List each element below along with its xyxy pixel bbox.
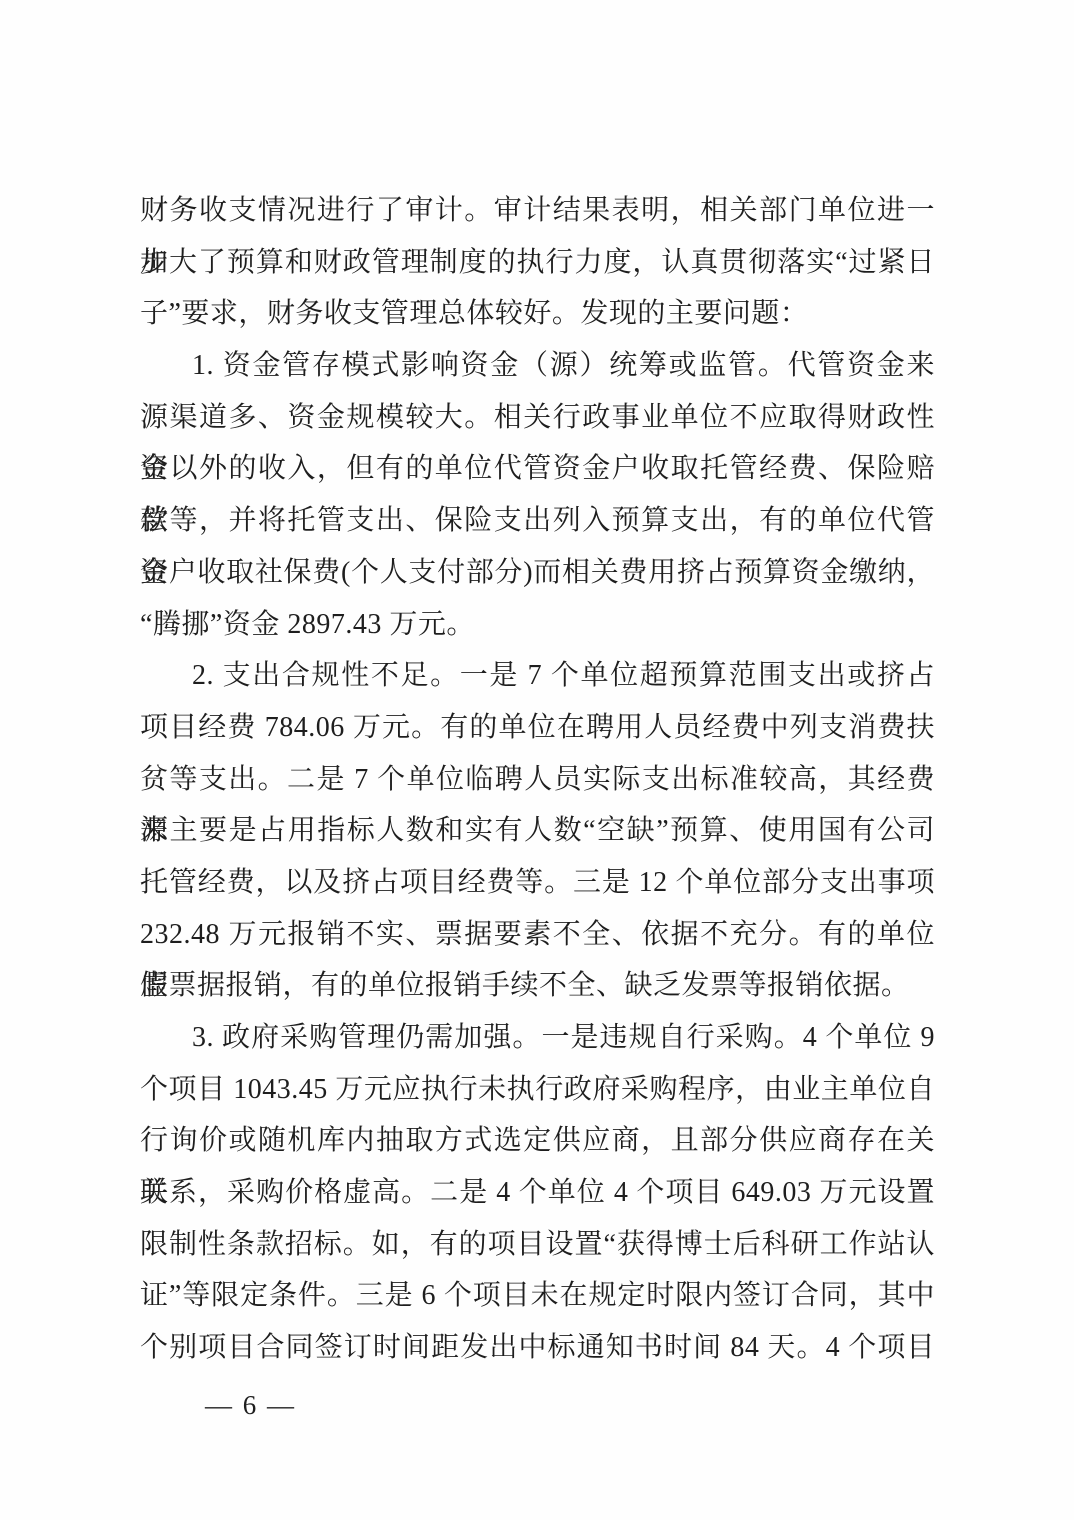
- text-line: 源渠道多、资金规模较大。相关行政事业单位不应取得财政性资: [140, 392, 935, 444]
- text-line: 加大了预算和财政管理制度的执行力度，认真贯彻落实“过紧日: [140, 237, 935, 289]
- text-line: 个别项目合同签订时间距发出中标通知书时间 84 天。4 个项目: [140, 1322, 935, 1374]
- text-line: 证”等限定条件。三是 6 个项目未在规定时限内签订合同，其中: [140, 1270, 935, 1322]
- text-line: 源主要是占用指标人数和实有人数“空缺”预算、使用国有公司: [140, 805, 935, 857]
- text-line-item-2-start: 2. 支出合规性不足。一是 7 个单位超预算范围支出或挤占: [140, 650, 935, 702]
- text-line: 托管经费，以及挤占项目经费等。三是 12 个单位部分支出事项: [140, 857, 935, 909]
- page-number: — 6 —: [205, 1390, 296, 1421]
- text-line: 款等，并将托管支出、保险支出列入预算支出，有的单位代管资: [140, 495, 935, 547]
- text-line-item-3-start: 3. 政府采购管理仍需加强。一是违规自行采购。4 个单位 9: [140, 1012, 935, 1064]
- text-line: 行询价或随机库内抽取方式选定供应商，且部分供应商存在关联: [140, 1115, 935, 1167]
- text-line: 限制性条款招标。如，有的项目设置“获得博士后科研工作站认: [140, 1219, 935, 1271]
- text-line: 个项目 1043.45 万元应执行未执行政府采购程序，由业主单位自: [140, 1064, 935, 1116]
- text-line: 金以外的收入，但有的单位代管资金户收取托管经费、保险赔偿: [140, 443, 935, 495]
- text-line: 项目经费 784.06 万元。有的单位在聘用人员经费中列支消费扶: [140, 702, 935, 754]
- document-page: 财务收支情况进行了审计。审计结果表明，相关部门单位进一步 加大了预算和财政管理制…: [0, 0, 1074, 1520]
- text-line-item-1-start: 1. 资金管存模式影响资金（源）统筹或监管。代管资金来: [140, 340, 935, 392]
- text-line: 232.48 万元报销不实、票据要素不全、依据不充分。有的单位虚: [140, 909, 935, 961]
- text-line: 关系，采购价格虚高。二是 4 个单位 4 个项目 649.03 万元设置: [140, 1167, 935, 1219]
- text-line: 金户收取社保费(个人支付部分)而相关费用挤占预算资金缴纳，: [140, 547, 935, 599]
- text-line: 假票据报销，有的单位报销手续不全、缺乏发票等报销依据。: [140, 960, 935, 1012]
- text-line: 财务收支情况进行了审计。审计结果表明，相关部门单位进一步: [140, 185, 935, 237]
- text-line: 子”要求，财务收支管理总体较好。发现的主要问题：: [140, 288, 935, 340]
- text-line: 贫等支出。二是 7 个单位临聘人员实际支出标准较高，其经费来: [140, 754, 935, 806]
- body-text: 财务收支情况进行了审计。审计结果表明，相关部门单位进一步 加大了预算和财政管理制…: [140, 185, 935, 1374]
- text-line: “腾挪”资金 2897.43 万元。: [140, 599, 935, 651]
